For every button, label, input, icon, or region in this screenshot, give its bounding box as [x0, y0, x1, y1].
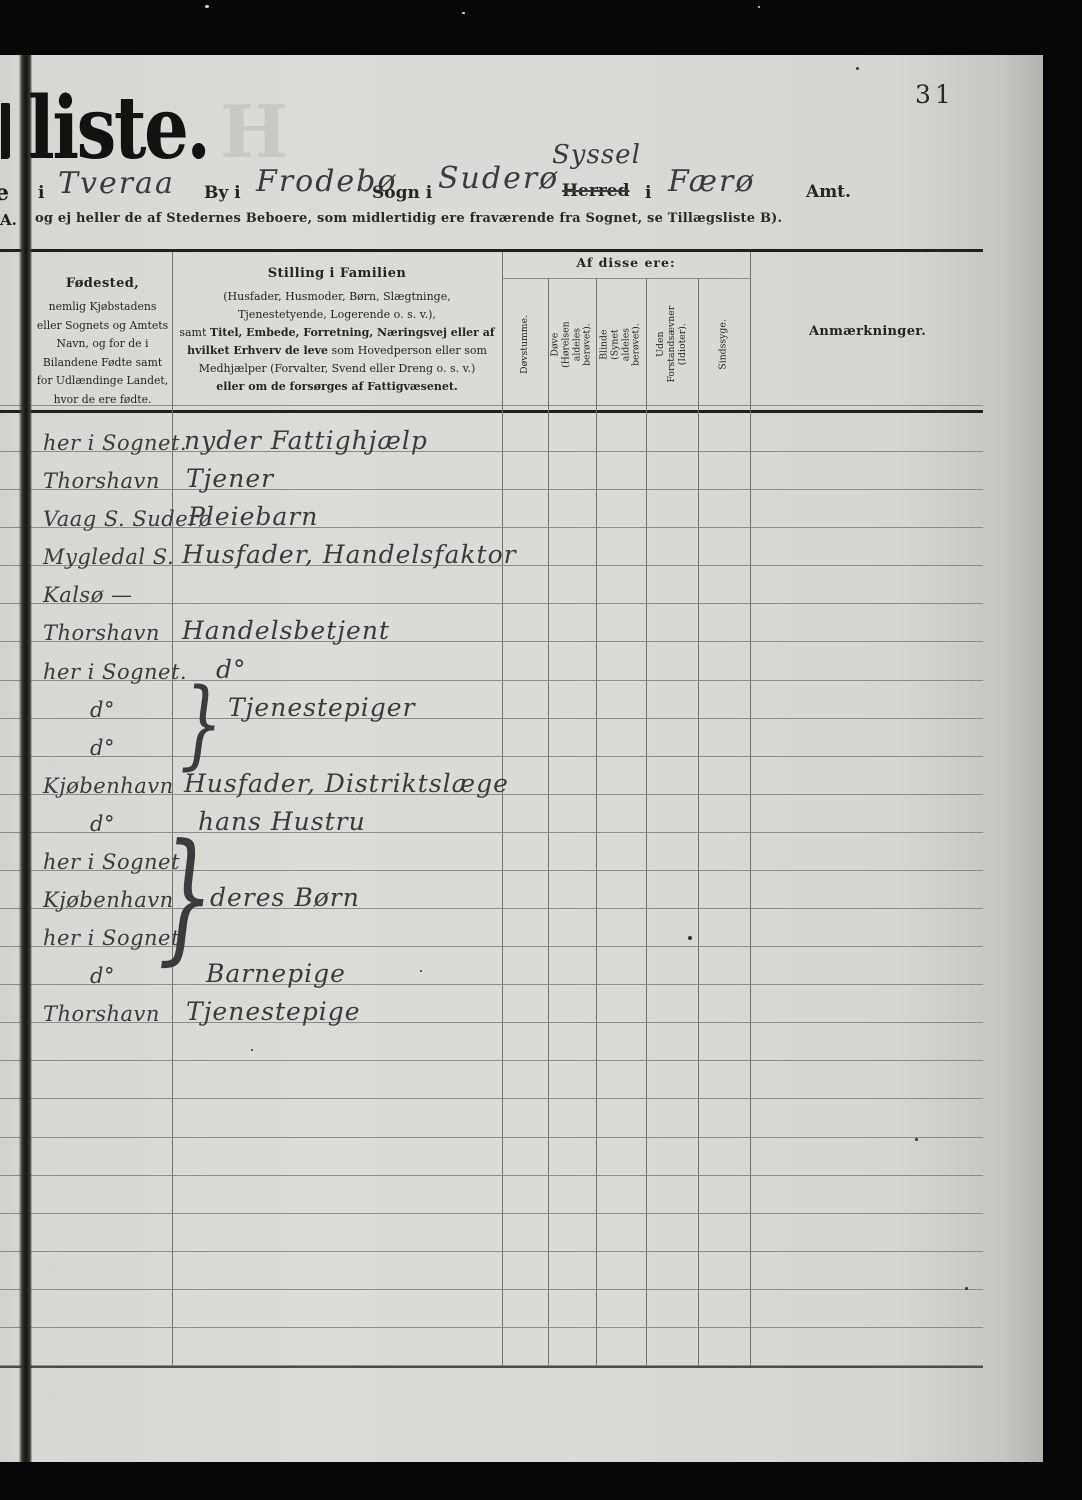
place-amt-handwritten: Færø — [668, 164, 755, 199]
table-row: her i Sognet. d° — [0, 642, 983, 680]
table-row: d° Barnepige — [0, 947, 983, 985]
ink-speck — [688, 936, 692, 940]
right-black-border — [1043, 0, 1082, 1500]
text-fragment-e: e — [0, 180, 9, 206]
vertical-col-label: Sindssyge. — [698, 278, 750, 411]
anmaerkninger-header: Anmærkninger. — [750, 252, 985, 411]
vertical-col-label: Døve (Hørelsen aldeles berøvet). — [548, 278, 596, 411]
row-position: hans Hustru — [172, 807, 502, 836]
table-row: Kalsø — — [0, 566, 983, 604]
table-row: d° hans Hustru — [0, 795, 983, 833]
label-amt: Amt. — [806, 182, 851, 202]
table-row — [0, 1290, 983, 1328]
row-position: Barnepige — [172, 959, 502, 988]
table-row: d° Tjenestepiger — [0, 681, 983, 719]
table-row — [0, 1023, 983, 1061]
table-row: Mygledal S. Husfader, Handelsfaktor — [0, 528, 983, 566]
table-row — [0, 1138, 983, 1176]
row-position: deres Børn — [172, 883, 502, 912]
page-fold — [19, 55, 32, 1463]
dust-speck — [462, 12, 465, 14]
vertical-col-label: Blinde (Synet aldeles berøvet). — [596, 278, 646, 411]
text-fragment-a: A. — [0, 211, 17, 229]
row-position: Pleiebarn — [172, 502, 502, 531]
scanned-census-page: H e A. 31 liste. i Tveraa By i Frodebø S… — [0, 0, 1082, 1500]
vertical-col-label: Uden Forstandsævner (Idioter). — [646, 278, 698, 411]
ink-speck — [965, 1287, 968, 1290]
table-row — [0, 1176, 983, 1214]
fodested-lines: nemlig Kjøbstadenseller Sognets og Amtet… — [33, 298, 172, 409]
big-letter-fragment — [1, 103, 10, 159]
stilling-lines: (Husfader, Husmoder, Børn, Slægtninge,Tj… — [172, 288, 502, 396]
table-row: Kjøbenhavn deres Børn — [0, 871, 983, 909]
table-row: Vaag S. Suderø Pleiebarn — [0, 490, 983, 528]
table-row: her i Sognet. nyder Fattighjælp — [0, 414, 983, 452]
table-row — [0, 1099, 983, 1137]
table-row: her i Sognet — [0, 833, 983, 871]
row-position: Tjener — [172, 464, 502, 493]
ink-speck — [420, 970, 422, 972]
ink-speck — [251, 1049, 253, 1051]
dust-speck — [205, 5, 209, 8]
row-position: Husfader, Handelsfaktor — [172, 540, 502, 569]
word-i-1: i — [38, 183, 44, 203]
page-number: 31 — [915, 80, 955, 109]
table-row — [0, 1252, 983, 1290]
table-row — [0, 1061, 983, 1099]
fodested-header: Fødested, nemlig Kjøbstadenseller Sognet… — [33, 276, 172, 409]
vertical-col-label: Døvstumme. — [502, 278, 548, 411]
label-by-i: By i — [204, 183, 241, 203]
row-position: Handelsbetjent — [172, 616, 502, 645]
brace-deres-born: } — [158, 826, 214, 968]
stilling-title: Stilling i Familien — [172, 266, 502, 281]
ghost-letter: H — [220, 96, 288, 168]
table-row: Thorshavn Tjener — [0, 452, 983, 490]
brace-tjenestepiger: } — [180, 676, 223, 772]
table-row — [0, 1214, 983, 1252]
label-sogn-i: Sogn i — [372, 183, 432, 203]
page-title: liste. — [28, 86, 209, 172]
word-syssel-handwritten: Syssel — [552, 140, 641, 170]
table-row: her i Sognet — [0, 909, 983, 947]
subnote-line: og ej heller de af Stedernes Beboere, so… — [35, 211, 782, 226]
top-black-border — [0, 0, 1082, 55]
word-i-2: i — [645, 183, 651, 203]
table-bottom-rule — [0, 1366, 983, 1368]
place-by-handwritten: Tveraa — [58, 166, 175, 201]
word-herred-struck: Herred — [562, 181, 630, 201]
ink-speck — [915, 1138, 918, 1141]
table-row: Thorshavn Tjenestepige — [0, 985, 983, 1023]
place-syssel-handwritten: Suderø — [438, 161, 559, 196]
table-row: Thorshavn Handelsbetjent — [0, 604, 983, 642]
dust-speck — [758, 6, 760, 8]
table-row — [0, 1328, 983, 1366]
row-position: nyder Fattighjælp — [172, 426, 502, 455]
af-disse-ere-header: Af disse ere: — [502, 255, 750, 270]
fodested-title: Fødested, — [33, 276, 172, 291]
table-row: d° — [0, 719, 983, 757]
row-position: Tjenestepige — [172, 997, 502, 1026]
stilling-header: Stilling i Familien (Husfader, Husmoder,… — [172, 266, 502, 396]
table-row: Kjøbenhavn Husfader, Distriktslæge — [0, 757, 983, 795]
ink-dot — [856, 67, 859, 70]
bottom-black-border — [0, 1462, 1082, 1500]
